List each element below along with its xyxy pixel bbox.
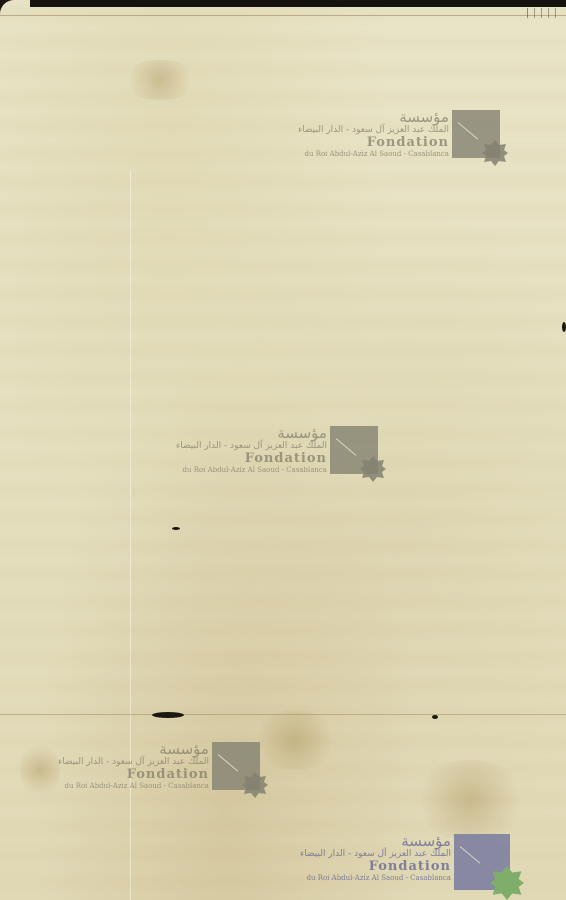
watermark-arabic-title: مؤسسة [399, 110, 449, 125]
paper-stain [410, 760, 530, 840]
foundation-logo-icon [452, 110, 500, 158]
watermark-arabic-subtitle: الملك عبد العزيز آل سعود - الدار البيضاء [298, 125, 449, 136]
foundation-logo-icon [212, 742, 260, 790]
watermark-french-title: Fondation [245, 452, 327, 466]
watermark-foundation: مؤسسة الملك عبد العزيز آل سعود - الدار ا… [58, 740, 260, 792]
watermark-foundation: مؤسسة الملك عبد العزيز آل سعود - الدار ا… [298, 108, 500, 160]
paper-stain [250, 710, 340, 770]
paper-stain [20, 740, 60, 800]
ink-blot [562, 322, 566, 332]
watermark-french-title: Fondation [127, 768, 209, 782]
top-right-marks [527, 8, 558, 18]
top-ruled-line [0, 15, 566, 16]
watermark-arabic-title: مؤسسة [401, 834, 451, 849]
watermark-foundation: مؤسسة الملك عبد العزيز آل سعود - الدار ا… [300, 832, 510, 884]
ink-blot [432, 715, 438, 719]
scan-top-edge [30, 0, 566, 7]
watermark-french-subtitle: du Roi Abdul-Aziz Al Saoud - Casablanca [304, 150, 448, 159]
watermark-french-title: Fondation [369, 860, 451, 874]
watermark-arabic-subtitle: الملك عبد العزيز آل سعود - الدار البيضاء [58, 757, 209, 768]
aged-paper-page: مؤسسة الملك عبد العزيز آل سعود - الدار ا… [0, 0, 566, 900]
ink-blot [152, 712, 184, 718]
watermark-arabic-subtitle: الملك عبد العزيز آل سعود - الدار البيضاء [300, 849, 451, 860]
watermark-french-subtitle: du Roi Abdul-Aziz Al Saoud - Casablanca [306, 874, 450, 883]
ink-blot [172, 527, 180, 530]
watermark-french-title: Fondation [367, 136, 449, 150]
watermark-arabic-title: مؤسسة [159, 742, 209, 757]
watermark-arabic-subtitle: الملك عبد العزيز آل سعود - الدار البيضاء [176, 441, 327, 452]
foundation-logo-icon [454, 834, 510, 890]
watermark-foundation: مؤسسة الملك عبد العزيز آل سعود - الدار ا… [176, 424, 378, 476]
watermark-french-subtitle: du Roi Abdul-Aziz Al Saoud - Casablanca [182, 466, 326, 475]
watermark-french-subtitle: du Roi Abdul-Aziz Al Saoud - Casablanca [64, 782, 208, 791]
foundation-logo-icon [330, 426, 378, 474]
watermark-arabic-title: مؤسسة [277, 426, 327, 441]
paper-stain [120, 60, 200, 100]
